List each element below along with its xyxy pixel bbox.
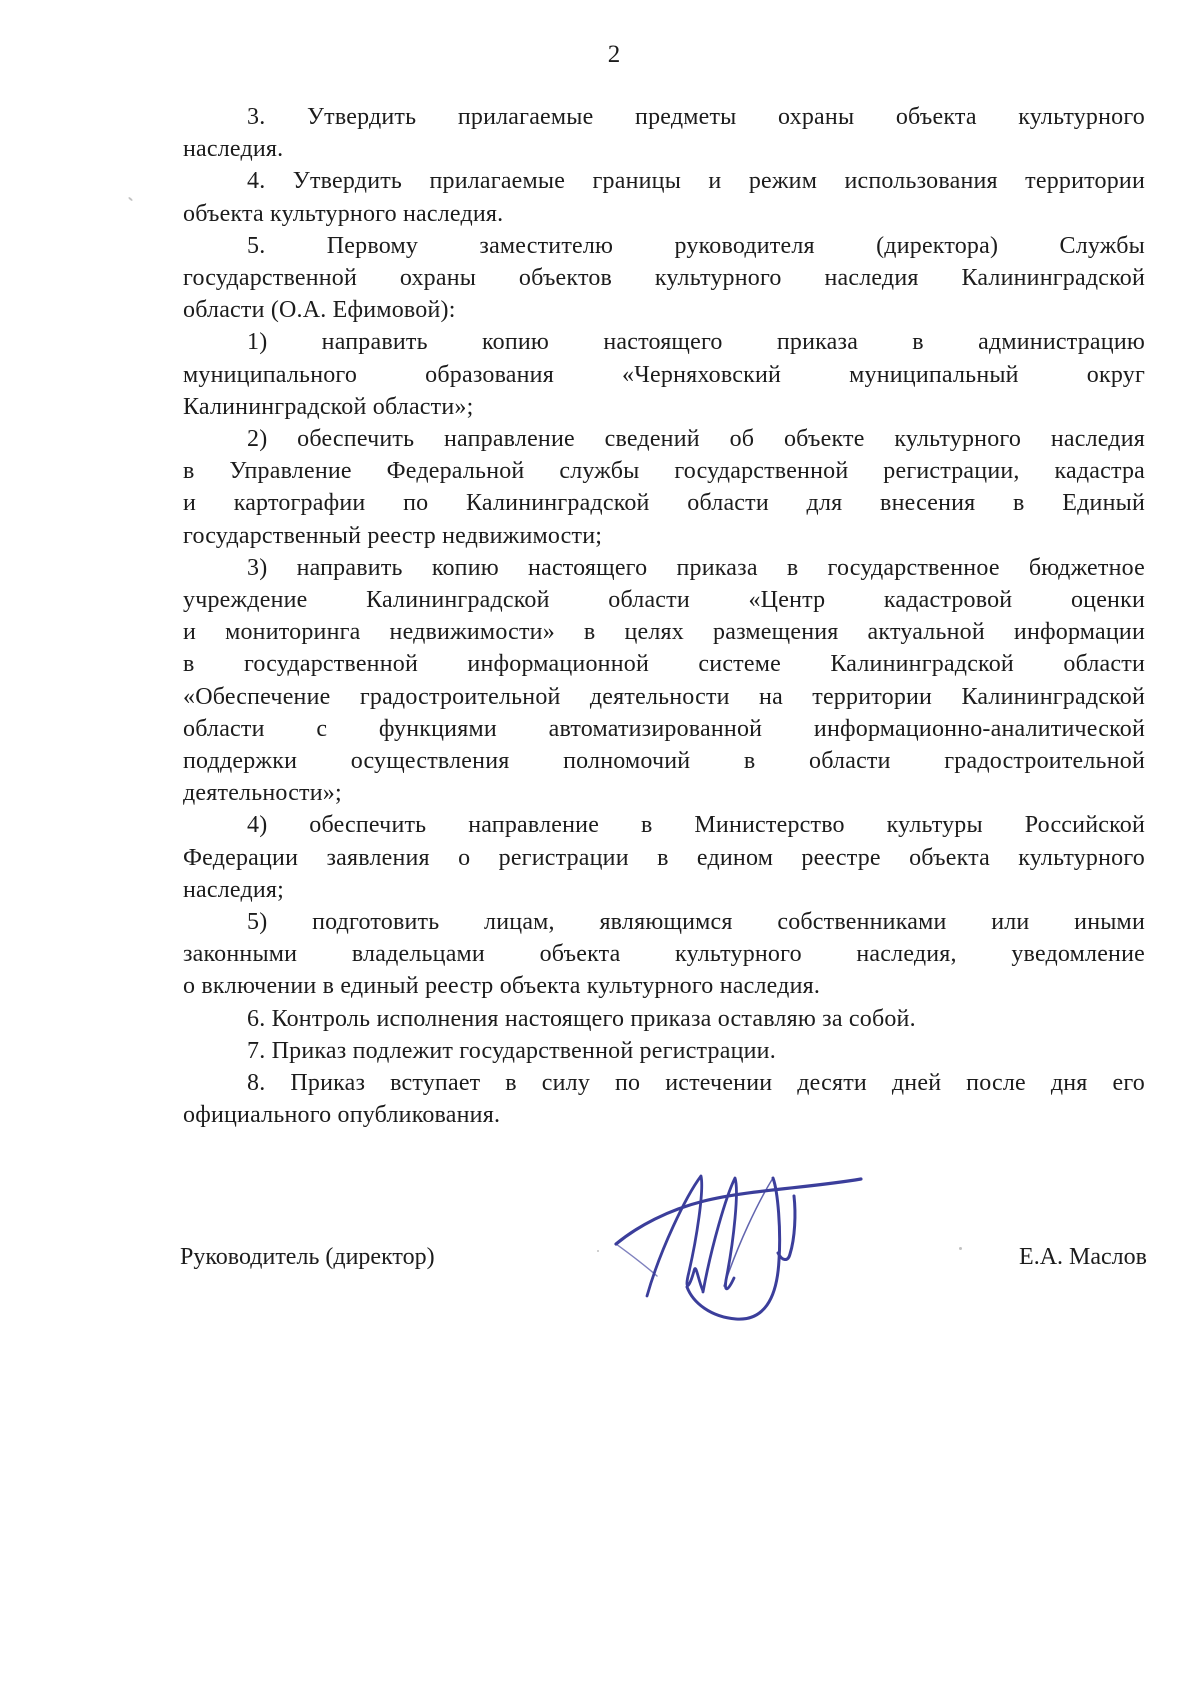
text-line: 5) подготовить лицам, являющимся собстве…: [183, 906, 1145, 938]
text-line: Федерации заявления о регистрации в един…: [183, 842, 1145, 874]
text-line: 1) направить копию настоящего приказа в …: [183, 326, 1145, 358]
text-line: 3) направить копию настоящего приказа в …: [183, 552, 1145, 584]
text-line: и мониторинга недвижимости» в целях разм…: [183, 616, 1145, 648]
signature-stroke: [647, 1176, 703, 1296]
text-line: 7. Приказ подлежит государственной регис…: [183, 1035, 1145, 1067]
signature-stroke: [616, 1244, 657, 1276]
text-line: наследия.: [183, 133, 1145, 165]
text-line: поддержки осуществления полномочий в обл…: [183, 745, 1145, 777]
text-line: 6. Контроль исполнения настоящего приказ…: [183, 1003, 1145, 1035]
text-line: в государственной информационной системе…: [183, 648, 1145, 680]
text-line: области (О.А. Ефимовой):: [183, 294, 1145, 326]
scan-speck: [597, 1250, 599, 1252]
text-line: 2) обеспечить направление сведений об об…: [183, 423, 1145, 455]
text-line: учреждение Калининградской области «Цент…: [183, 584, 1145, 616]
signature-stroke: [616, 1179, 861, 1244]
text-line: «Обеспечение градостроительной деятельно…: [183, 681, 1145, 713]
signer-name: Е.А. Маслов: [1019, 1241, 1147, 1273]
text-line: 4) обеспечить направление в Министерство…: [183, 809, 1145, 841]
scan-speck: [128, 197, 133, 202]
text-line: деятельности»;: [183, 777, 1145, 809]
text-line: 4. Утвердить прилагаемые границы и режим…: [183, 165, 1145, 197]
text-line: законными владельцами объекта культурног…: [183, 938, 1145, 970]
text-line: о включении в единый реестр объекта куль…: [183, 970, 1145, 1002]
text-line: Калининградской области»;: [183, 391, 1145, 423]
scan-speck: [959, 1247, 962, 1250]
text-line: объекта культурного наследия.: [183, 198, 1145, 230]
text-line: 3. Утвердить прилагаемые предметы охраны…: [183, 101, 1145, 133]
text-line: 5. Первому заместителю руководителя (дир…: [183, 230, 1145, 262]
text-line: области с функциями автоматизированной и…: [183, 713, 1145, 745]
document-body: 3. Утвердить прилагаемые предметы охраны…: [183, 101, 1145, 1132]
text-line: наследия;: [183, 874, 1145, 906]
document-page: 2 3. Утвердить прилагаемые предметы охра…: [0, 0, 1200, 1697]
text-line: 8. Приказ вступает в силу по истечении д…: [183, 1067, 1145, 1099]
text-line: в Управление Федеральной службы государс…: [183, 455, 1145, 487]
text-line: и картографии по Калининградской области…: [183, 487, 1145, 519]
page-number: 2: [0, 39, 1200, 71]
text-line: государственной охраны объектов культурн…: [183, 262, 1145, 294]
signer-position-label: Руководитель (директор): [180, 1241, 435, 1273]
signature-ink: [600, 1128, 880, 1328]
text-line: официального опубликования.: [183, 1099, 1145, 1131]
text-line: муниципального образования «Черняховский…: [183, 359, 1145, 391]
text-line: государственный реестр недвижимости;: [183, 520, 1145, 552]
